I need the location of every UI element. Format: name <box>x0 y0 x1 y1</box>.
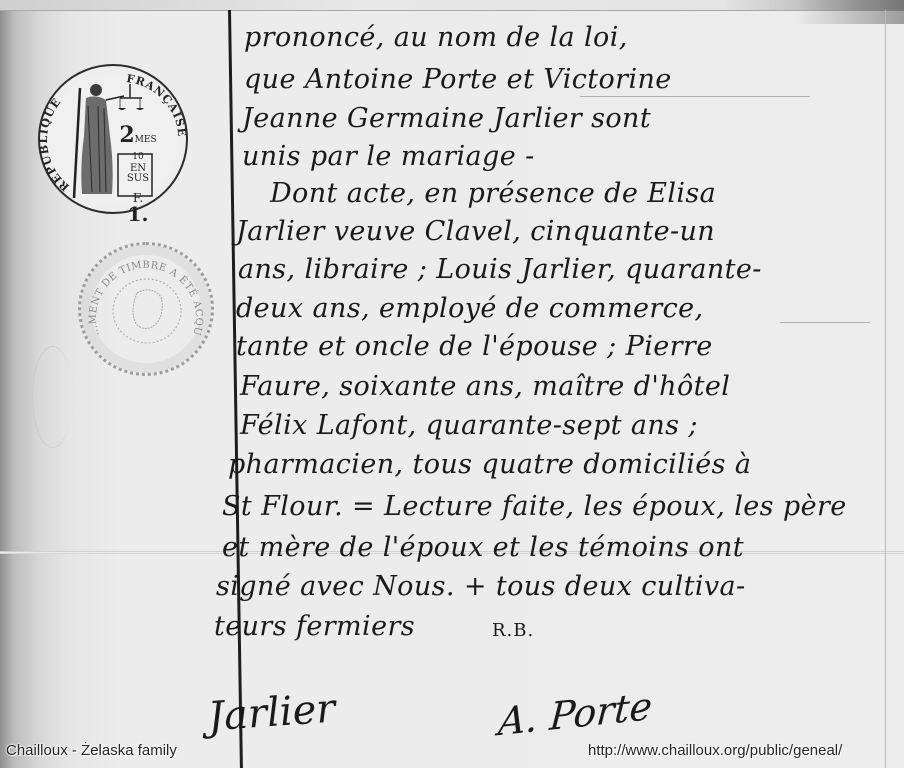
stamp-value-block: 2MES 10 EN SUS F. 1. <box>118 124 158 224</box>
text-line-5: Dont acte, en présence de Elisa <box>270 178 716 209</box>
text-line-11: Félix Lafont, quarante-sept ans ; <box>240 410 698 441</box>
text-line-9: tante et oncle de l'épouse ; Pierre <box>236 331 713 362</box>
marianne-justice-figure-icon: REPUBLIQUE FRANÇAISE <box>40 66 186 212</box>
timbre-ring-text: ...MENT DE TIMBRE A ÉTÉ ACQUITTÉ <box>81 245 204 338</box>
droit-de-timbre-acquitte-stamp: ...MENT DE TIMBRE A ÉTÉ ACQUITTÉ <box>78 242 214 376</box>
profile-head-seal-icon: ...MENT DE TIMBRE A ÉTÉ ACQUITTÉ <box>81 245 211 373</box>
stamp-value-big: 2 <box>119 122 134 148</box>
text-line-3: Jeanne Germaine Jarlier sont <box>242 103 651 134</box>
text-line-1: prononcé, au nom de la loi, <box>244 22 628 53</box>
svg-text:...MENT DE TIMBRE A ÉTÉ ACQUIT: ...MENT DE TIMBRE A ÉTÉ ACQUITTÉ <box>81 245 204 338</box>
watermark-family: Chailloux - Żelaska family <box>6 742 177 759</box>
document-page: REPUBLIQUE FRANÇAISE 2MES 10 EN SUS F. <box>0 0 904 768</box>
line-filler-dash <box>780 322 870 323</box>
svg-text:REPUBLIQUE: REPUBLIQUE <box>40 95 72 193</box>
text-line-4: unis par le mariage - <box>242 141 535 172</box>
stamp-value-ensus: EN SUS <box>118 164 158 184</box>
text-line-7: ans, libraire ; Louis Jarlier, quarante- <box>238 254 762 285</box>
text-line-10: Faure, soixante ans, maître d'hôtel <box>240 371 730 402</box>
stamp-ring-left: REPUBLIQUE <box>40 95 72 193</box>
signature-jarlier: Jarlier <box>207 686 337 741</box>
text-line-14: et mère de l'époux et les témoins ont <box>222 532 744 563</box>
right-margin-rule <box>885 10 886 768</box>
clerk-initials: R.B. <box>492 620 534 641</box>
republique-francaise-fiscal-stamp: REPUBLIQUE FRANÇAISE 2MES 10 EN SUS F. <box>38 64 188 214</box>
faint-stamp-impression <box>32 346 73 448</box>
text-line-15: signé avec Nous. + tous deux cultiva- <box>216 571 746 602</box>
text-line-6: Jarlier veuve Clavel, cinquante-un <box>236 216 715 247</box>
text-line-13: St Flour. = Lecture faite, les époux, le… <box>222 491 847 522</box>
watermark-url[interactable]: http://www.chailloux.org/public/geneal/ <box>588 742 842 759</box>
text-line-16: teurs fermiers <box>214 611 415 642</box>
stamp-denomination-1: 1. <box>118 204 158 224</box>
text-line-2: que Antoine Porte et Victorine <box>244 64 672 95</box>
previous-sheet-edge <box>0 0 904 11</box>
line-filler-dash <box>580 96 810 97</box>
text-line-8: deux ans, employé de commerce, <box>236 293 704 324</box>
signature-porte: A. Porte <box>497 684 654 745</box>
corner-shadow <box>794 0 904 24</box>
stamp-value-fraction: MES 10 <box>132 135 156 162</box>
text-line-12: pharmacien, tous quatre domiciliés à <box>228 449 751 480</box>
